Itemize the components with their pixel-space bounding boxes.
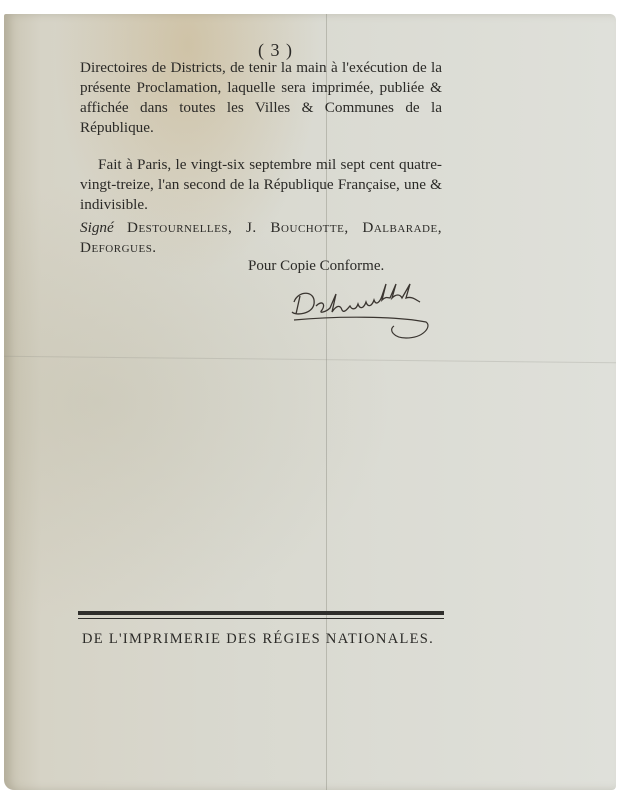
paragraph-proclamation: Directoires de Districts, de tenir la ma…: [80, 58, 442, 138]
thin-rule: [78, 618, 444, 619]
signatories-line: Signé Destournelles, J. Bouchotte, Dalba…: [80, 218, 442, 258]
handwritten-signature-icon: [286, 282, 436, 342]
printer-imprint: DE L'IMPRIMERIE DES RÉGIES NATIONALES.: [82, 631, 434, 648]
signatory-names: Destournelles, J. Bouchotte, Dalbarade, …: [80, 219, 442, 256]
thick-rule: [78, 611, 444, 615]
horizontal-crease: [4, 356, 616, 363]
paragraph-date: Fait à Paris, le vingt-six septembre mil…: [80, 155, 442, 215]
certification-text: Pour Copie Conforme.: [248, 258, 384, 275]
signed-label: Signé: [80, 219, 114, 236]
